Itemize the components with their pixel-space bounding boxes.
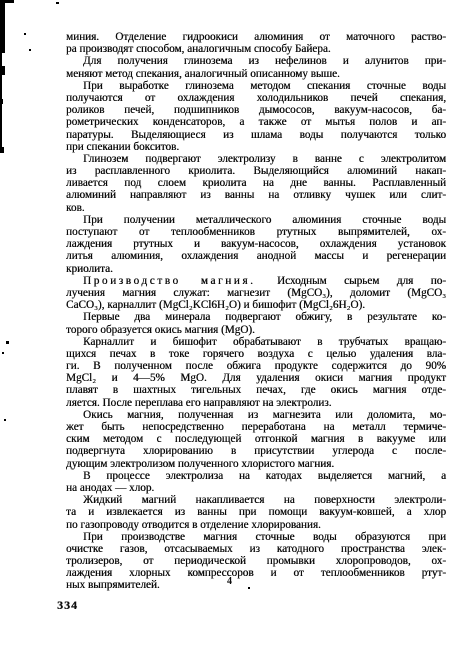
- text-line: Окись магния, полученная из магнезита ил…: [66, 409, 446, 421]
- scan-speck: [24, 33, 26, 35]
- text-line: литья алюминия, охлаждения анодной массы…: [66, 250, 446, 262]
- text-line: по газопроводу отводится в отделение хло…: [66, 519, 446, 531]
- text-line: тролизеров, от периодической промывки хл…: [66, 555, 446, 567]
- paragraph: Окись магния, полученная из магнезита ил…: [66, 409, 446, 470]
- text-line: Глинозем подвергают электролизу в ванне …: [66, 153, 446, 165]
- paragraph: При производстве магния сточные воды обр…: [66, 531, 446, 592]
- text-line: получаются от охлаждения холодильников п…: [66, 92, 446, 104]
- paragraph: При получении металлического алюминия ст…: [66, 214, 446, 275]
- text-line: плавят в шахтных тигельных печах, где ок…: [66, 384, 446, 396]
- paragraph: миния. Отделение гидроокиси алюминия от …: [66, 31, 446, 55]
- text-line: лаждения ртутных и вакуум-насосов, охлаж…: [66, 238, 446, 250]
- text-line: лучения магния служат: магнезит (MgCO₃),…: [66, 287, 446, 299]
- text-line: из расплавленного криолита. Выделяющийся…: [66, 165, 446, 177]
- text-line: При производстве магния сточные воды обр…: [66, 531, 446, 543]
- text-line: ра производят способом, аналогичным спос…: [66, 43, 446, 55]
- text-line: жет быть непосредственно переработана на…: [66, 421, 446, 433]
- scan-edge-artifact: [0, 99, 3, 104]
- text-line: ляется. После переплава его направляют н…: [66, 397, 446, 409]
- text-line: При получении металлического алюминия ст…: [66, 214, 446, 226]
- text-line: при спекании бокситов.: [66, 141, 446, 153]
- scan-edge-artifact: [0, 147, 4, 153]
- text-block: миния. Отделение гидроокиси алюминия от …: [66, 31, 446, 592]
- text-line: ским методом с последующей отгонкой магн…: [66, 433, 446, 445]
- paragraph: При выработке глинозема методом спекания…: [66, 80, 446, 153]
- scan-speck: [56, 2, 59, 4]
- text-line: щихся печах в токе горячего воздуха с це…: [66, 348, 446, 360]
- text-line: Карналлит и бишофит обрабатывают в трубч…: [66, 336, 446, 348]
- text-line: поступают от теплообменников ртутных вып…: [66, 226, 446, 238]
- scan-edge-artifact: [0, 0, 14, 3]
- scan-speck: [6, 341, 9, 344]
- text-line: ных выпрямителей.: [66, 579, 446, 591]
- paragraph: Первые два минерала подвергают обжигу, в…: [66, 311, 446, 335]
- text-line: роликов печей, подшипников дымососов, ва…: [66, 104, 446, 116]
- stray-print-mark: 4: [227, 576, 232, 587]
- text-line: очистке газов, отсасываемых из катодного…: [66, 543, 446, 555]
- paragraph: Жидкий магний накапливается на поверхнос…: [66, 494, 446, 531]
- text-line: В процессе электролиза на катодах выделя…: [66, 470, 446, 482]
- text-line: торого образуется окись магния (MgO).: [66, 324, 446, 336]
- text-line: меняют метод спекания, аналогичный описа…: [66, 68, 446, 80]
- paragraph: Глинозем подвергают электролизу в ванне …: [66, 153, 446, 214]
- text-line: Для получения глинозема из нефелинов и а…: [66, 55, 446, 67]
- scan-edge-artifact: [0, 66, 5, 75]
- text-line: ливается под слоем криолита на дне ванны…: [66, 177, 446, 189]
- text-line: алюминий направляют из ванны на отливку …: [66, 189, 446, 201]
- text-line: дующим электролизом полученного хлористо…: [66, 458, 446, 470]
- text-line: Жидкий магний накапливается на поверхнос…: [66, 494, 446, 506]
- text-line: ги. В полученном после обжига продукте с…: [66, 360, 446, 372]
- text-line: CaCO₃), карналлит (MgCl₂KCl6H₂O) и бишоф…: [66, 299, 446, 311]
- text-line: ков.: [66, 202, 446, 214]
- text-line: При выработке глинозема методом спекания…: [66, 80, 446, 92]
- text-line: подвергнута хлорированию в присутствии у…: [66, 445, 446, 457]
- paragraph: В процессе электролиза на катодах выделя…: [66, 470, 446, 494]
- text-line: та и извлекается из ванны при помощи вак…: [66, 506, 446, 518]
- text-line: на анодах — хлор.: [66, 482, 446, 494]
- page-number: 334: [57, 598, 78, 613]
- paragraph: Производство магния. Исходным сырьем для…: [66, 275, 446, 312]
- text-line: Производство магния. Исходным сырьем для…: [66, 275, 446, 287]
- text-line: MgCl₂ и 4—5% MgO. Для удаления окиси маг…: [66, 372, 446, 384]
- paragraph: Для получения глинозема из нефелинов и а…: [66, 55, 446, 79]
- text-line: Первые два минерала подвергают обжигу, в…: [66, 311, 446, 323]
- scan-edge-artifact: [0, 0, 5, 53]
- scanned-page: миния. Отделение гидроокиси алюминия от …: [0, 0, 450, 667]
- scan-speck: [4, 419, 6, 421]
- spaced-heading: Производство магния.: [83, 275, 255, 287]
- text-line: рометрических конденсаторов, а также от …: [66, 116, 446, 128]
- text-line: паратуры. Выделяющиеся из шлама воды пол…: [66, 129, 446, 141]
- scan-speck: [29, 49, 31, 51]
- text-line: криолита.: [66, 263, 446, 275]
- text-line: лаждения хлорных компрессоров и от тепло…: [66, 567, 446, 579]
- text-line: миния. Отделение гидроокиси алюминия от …: [66, 31, 446, 43]
- paragraph: Карналлит и бишофит обрабатывают в трубч…: [66, 336, 446, 409]
- scan-speck: [2, 352, 4, 354]
